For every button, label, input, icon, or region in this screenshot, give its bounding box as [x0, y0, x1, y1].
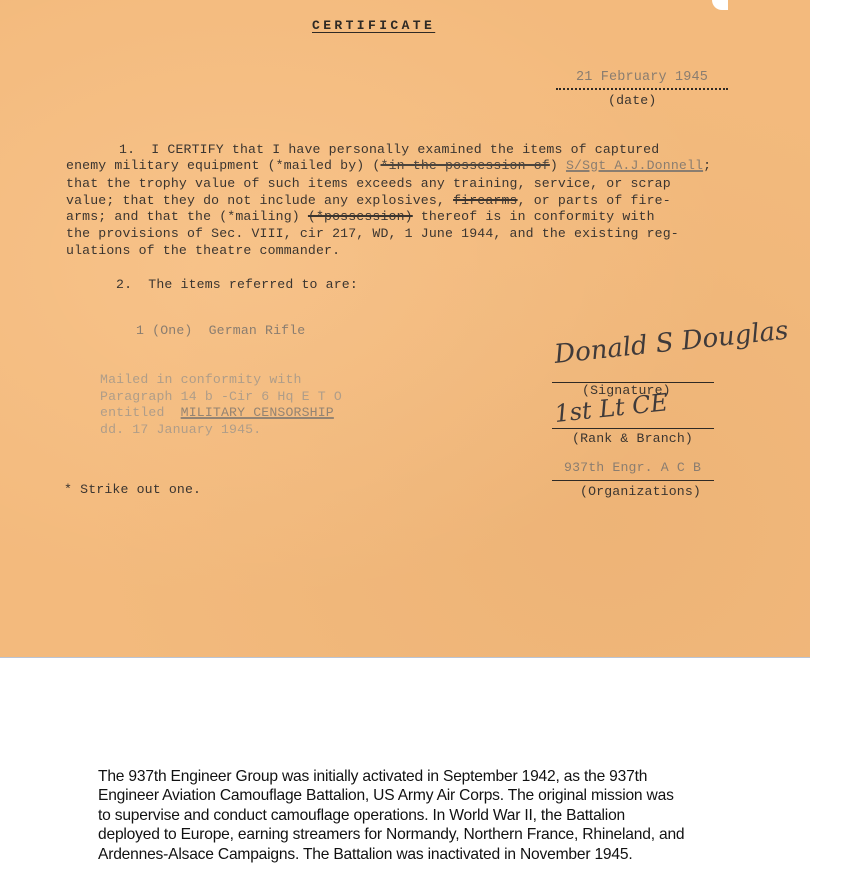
- caption-line: to supervise and conduct camouflage oper…: [98, 806, 798, 825]
- rank-line: [552, 428, 714, 429]
- stamp-military-censorship: MILITARY CENSORSHIP: [181, 405, 334, 420]
- censorship-stamp-line-1: Mailed in conformity with: [100, 372, 302, 388]
- p1-line4-text: value; that they do not include any expl…: [66, 193, 453, 208]
- paragraph-1-line-1: 1. I CERTIFY that I have personally exam…: [66, 142, 659, 158]
- rank-branch-label: (Rank & Branch): [572, 431, 693, 447]
- caption-line: deployed to Europe, earning streamers fo…: [98, 825, 798, 844]
- organization-line: [552, 480, 714, 481]
- item-list-entry: 1 (One) German Rifle: [136, 323, 305, 339]
- censorship-stamp-line-3: entitled MILITARY CENSORSHIP: [100, 405, 334, 421]
- censorship-stamp-line-2: Paragraph 14 b -Cir 6 Hq E T O: [100, 389, 342, 405]
- p1-line5-end: thereof is in conformity with: [413, 209, 655, 224]
- p1-line1-text: 1. I CERTIFY that I have personally exam…: [66, 142, 659, 157]
- certificate-document: CERTIFICATE 21 February 1945 (date) 1. I…: [0, 0, 810, 658]
- date-value: 21 February 1945: [576, 70, 708, 86]
- recipient-name: S/Sgt A.J.Donnell: [566, 158, 703, 173]
- paragraph-1-line-7: ulations of the theatre commander.: [66, 243, 340, 259]
- p1-line2-paren: ): [550, 158, 566, 173]
- organization-label: (Organizations): [580, 484, 701, 500]
- handwritten-rank: 1st Lt CE: [553, 388, 669, 428]
- struck-firearms-text: firearms: [453, 193, 518, 208]
- history-caption: The 937th Engineer Group was initially a…: [98, 767, 798, 864]
- paragraph-1-line-3: that the trophy value of such items exce…: [66, 176, 671, 192]
- p1-line2-text: enemy military equipment (*mailed by) (: [66, 158, 381, 173]
- paragraph-1-line-2: enemy military equipment (*mailed by) (*…: [66, 158, 711, 174]
- paragraph-2-heading: 2. The items referred to are:: [116, 277, 358, 293]
- struck-possession-text: *in the possession of: [381, 158, 550, 173]
- footnote: * Strike out one.: [64, 482, 201, 498]
- paragraph-1-line-6: the provisions of Sec. VIII, cir 217, WD…: [66, 226, 679, 242]
- p1-line2-semicolon: ;: [703, 158, 711, 173]
- document-title: CERTIFICATE: [312, 18, 435, 33]
- p1-line4-end: , or parts of fire-: [518, 193, 671, 208]
- date-line: [556, 88, 728, 90]
- handwritten-signature: Donald S Douglas: [553, 316, 790, 370]
- paragraph-1-line-4: value; that they do not include any expl…: [66, 193, 671, 209]
- caption-line: Engineer Aviation Camouflage Battalion, …: [98, 786, 798, 805]
- p1-line5-text: arms; and that the (*mailing): [66, 209, 308, 224]
- censorship-stamp-line-4: dd. 17 January 1945.: [100, 422, 261, 438]
- paper-corner-tear: [712, 0, 728, 10]
- paragraph-1-line-5: arms; and that the (*mailing) (*possessi…: [66, 209, 655, 225]
- caption-line: The 937th Engineer Group was initially a…: [98, 767, 798, 786]
- struck-possession-2-text: (*possession): [308, 209, 413, 224]
- organization-value: 937th Engr. A C B: [564, 460, 701, 476]
- date-label: (date): [608, 93, 656, 109]
- caption-line: Ardennes-Alsace Campaigns. The Battalion…: [98, 845, 798, 864]
- stamp-entitled-text: entitled: [100, 405, 181, 420]
